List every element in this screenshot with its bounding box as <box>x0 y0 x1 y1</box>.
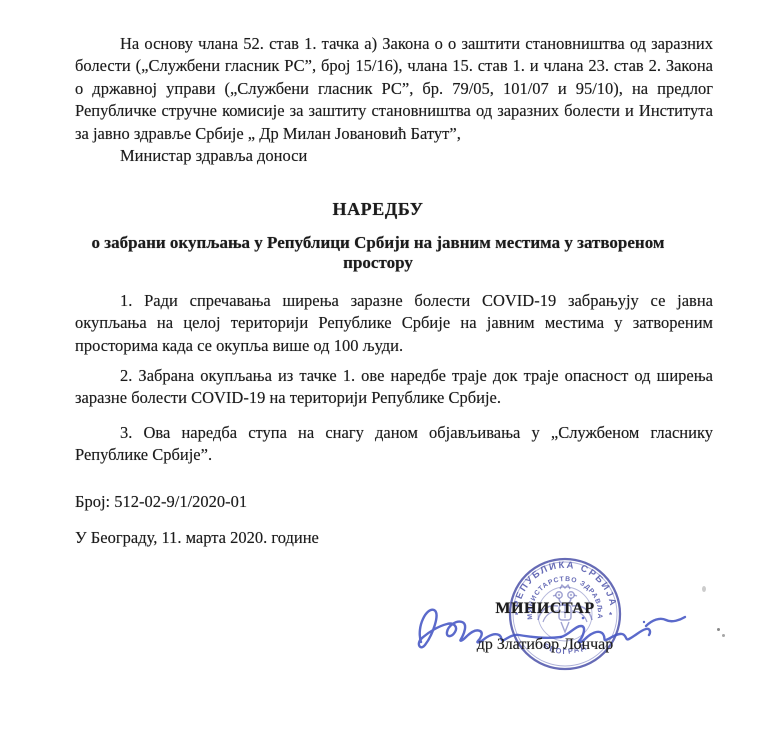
order-paragraph-1: 1. Ради спречавања ширења заразне болест… <box>75 290 713 357</box>
order-paragraph-3: 3. Ова наредба ступа на снагу даном обја… <box>75 422 713 467</box>
scan-speck <box>717 628 720 631</box>
document-subtitle: о забрани окупљања у Републици Србији на… <box>75 233 681 273</box>
intro-minister-line: Министар здравља доноси <box>75 145 713 167</box>
intro-paragraph: На основу члана 52. став 1. тачка а) Зак… <box>75 33 713 145</box>
order-paragraph-2: 2. Забрана окупљања из тачке 1. ове наре… <box>75 365 713 410</box>
document-title: НАРЕДБУ <box>75 199 681 220</box>
minister-role-label: МИНИСТАР <box>470 600 620 618</box>
document-page: На основу члана 52. став 1. тачка а) Зак… <box>0 0 779 732</box>
scan-speck <box>702 586 706 592</box>
document-number-line: Број: 512-02-9/1/2020-01 <box>75 491 575 513</box>
signer-name: др Златибор Лончар <box>440 636 650 654</box>
scan-speck <box>722 634 725 637</box>
intro-section: На основу члана 52. став 1. тачка а) Зак… <box>75 33 713 167</box>
